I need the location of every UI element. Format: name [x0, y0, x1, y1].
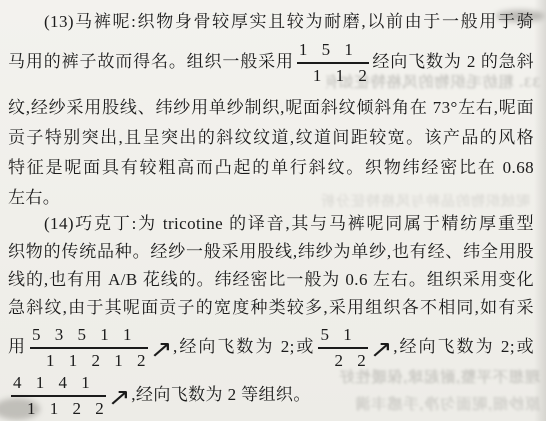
paragraph-14-line-4: 急斜纹,由于其呢面贡子的宽度种类较多,采用组织各不相同,如有采	[8, 294, 534, 322]
weave-fraction-3: 5 12 2	[318, 326, 367, 370]
paragraph-14-line-2: 织物的传统品种。经纱一般采用股线,纬纱为单纱,也有经、纬全用股	[8, 238, 534, 266]
fraction-denominator: 1 1 2 2	[11, 397, 106, 418]
paragraph-13-line-5: 特征是呢面具有较粗高而凸起的单行斜纹。织物纬经密比在 0.68	[8, 154, 534, 182]
weave-fraction-2: 5 3 5 1 11 1 2 1 2	[30, 326, 148, 370]
text-run: 用	[8, 337, 27, 356]
twill-direction-arrow-icon: ↗	[149, 337, 173, 361]
paragraph-14-line-5: 用5 3 5 1 11 1 2 1 2↗,经向飞数为 2;或5 12 2↗,经向…	[8, 322, 534, 372]
fraction-numerator: 5 3 5 1 1	[30, 326, 148, 349]
paragraph-13-line-6: 左右。	[8, 184, 534, 212]
weave-fraction-1: 1 5 11 1 2	[297, 41, 369, 85]
text-run: ,经向飞数为 2 等组织。	[131, 385, 310, 404]
paragraph-13-line-4: 贡子特别突出,且呈突出的斜纹纹道,纹道间距较宽。该产品的风格	[8, 124, 534, 152]
paragraph-14-line-1: (14)巧克丁:为 tricotine 的译音,其与马裤呢同属于精纺厚重型	[8, 210, 534, 238]
text-run: 经向飞数为 2 的急斜	[372, 52, 534, 71]
twill-direction-arrow-icon: ↗	[107, 385, 131, 409]
fraction-denominator: 2 2	[318, 349, 367, 370]
document-page: 33. 粗纺毛织物的风格特征如何? 呢绒织物的品种与风格特征分析 理想不平整,耐…	[0, 0, 546, 421]
paragraph-13-line-3: 纹,经纱采用股线、纬纱用单纱制织,呢面斜纹倾斜角在 73°左右,呢面	[8, 94, 534, 122]
paragraph-14-line-3: 线的,也有用 A/B 花线的。纬经密比一般为 0.6 左右。组织采用变化	[8, 266, 534, 294]
fraction-numerator: 1 5 1	[297, 41, 369, 64]
text-run: 马用的裤子故而得名。组织一般采用	[8, 52, 294, 71]
page-edge-shadow	[534, 0, 546, 421]
twill-direction-arrow-icon: ↗	[369, 337, 393, 361]
paragraph-14-line-6: 4 1 4 11 1 2 2↗,经向飞数为 2 等组织。	[8, 370, 534, 420]
text-run: ,经向飞数为 2;或	[393, 337, 534, 356]
fraction-numerator: 4 1 4 1	[11, 374, 106, 397]
text-run: ,经向飞数为 2;或	[173, 337, 315, 356]
paragraph-13-line-1: (13)马裤呢:织物身骨较厚实且较为耐磨,以前由于一般用于骑	[8, 8, 534, 36]
paragraph-13-line-2: 马用的裤子故而得名。组织一般采用1 5 11 1 2经向飞数为 2 的急斜	[8, 38, 534, 86]
weave-fraction-4: 4 1 4 11 1 2 2	[11, 374, 106, 418]
fraction-denominator: 1 1 2	[297, 64, 369, 85]
fraction-numerator: 5 1	[318, 326, 367, 349]
fraction-denominator: 1 1 2 1 2	[30, 349, 148, 370]
